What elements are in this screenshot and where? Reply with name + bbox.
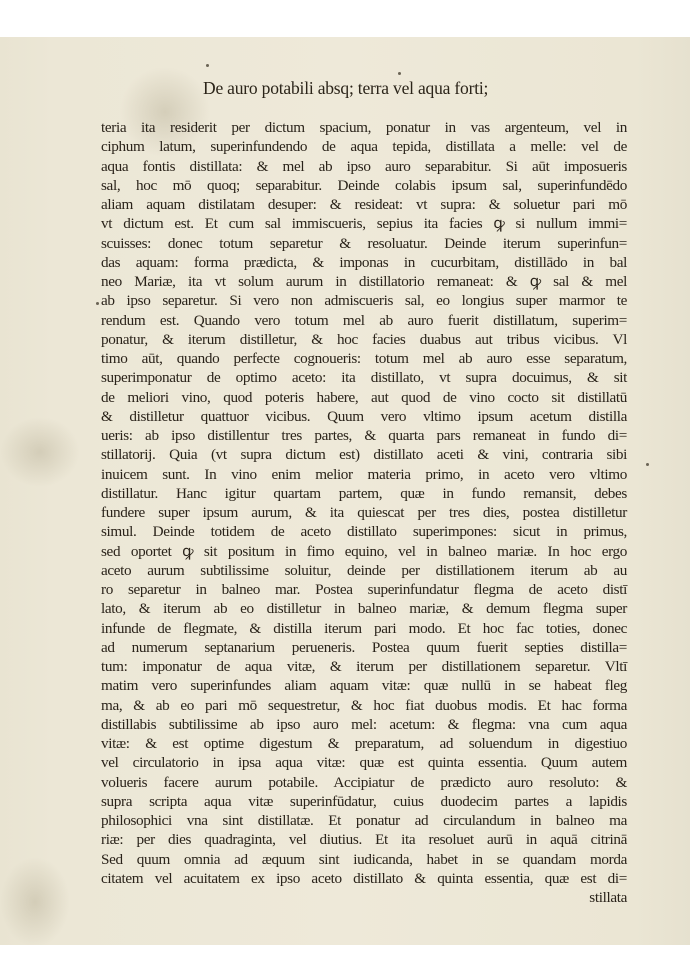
text-line: volueris facere aurum potabile. Accipiat… xyxy=(101,773,627,792)
text-line: ab ipso separetur. Si vero non admiscuer… xyxy=(101,291,627,310)
text-line: rendum est. Quando vero totum mel ab aur… xyxy=(101,311,627,330)
text-line: fundere super ipsum aurum, & ita quiesca… xyxy=(101,503,627,522)
paper-speck xyxy=(96,302,99,305)
text-line: scuisses: donec totum separetur & resolu… xyxy=(101,234,627,253)
text-line: infunde de flegmate, & distilla iterum p… xyxy=(101,619,627,638)
text-line: aqua fontis distillata: & mel ab ipso au… xyxy=(101,157,627,176)
paper-speck xyxy=(398,72,401,75)
text-line: inuicem sunt. In vino enim melior materi… xyxy=(101,465,627,484)
text-line: tum: imponatur de aqua vitæ, & iterum pe… xyxy=(101,657,627,676)
text-line: ueris: ab ipso distillentur tres partes,… xyxy=(101,426,627,445)
text-line: de meliori vino, quod poteris habere, au… xyxy=(101,388,627,407)
paper-stain xyxy=(0,417,80,487)
text-line: teria ita residerit per dictum spacium, … xyxy=(101,118,627,137)
text-line: ma, & ab eo pari mō sequestretur, & hoc … xyxy=(101,696,627,715)
text-line: supra scripta aqua vitæ superinfūdatur, … xyxy=(101,792,627,811)
text-line: neo Mariæ, ita vt solum aurum in distill… xyxy=(101,272,627,291)
text-line: sed oportet ꝙ sit positum in fimo equino… xyxy=(101,542,627,561)
text-line: ciphum latum, superinfundendo de aqua te… xyxy=(101,137,627,156)
text-line: vel circulatorio in ipsa aqua vitæ: quæ … xyxy=(101,753,627,772)
paper-stain xyxy=(0,857,70,947)
text-line: lato, & iterum ab eo distilletur in baln… xyxy=(101,599,627,618)
text-line: vitæ: & est optime digestum & preparatum… xyxy=(101,734,627,753)
scan-margin xyxy=(0,945,690,976)
text-line: philosophici vna sint distillatæ. Et pon… xyxy=(101,811,627,830)
text-line: sal, hoc mō quoq; separabitur. Deinde co… xyxy=(101,176,627,195)
text-line: stillatorij. Quia (vt supra dictum est) … xyxy=(101,445,627,464)
text-line: riæ: per dies quadraginta, vel diutius. … xyxy=(101,830,627,849)
text-line: aceto aurum subtilissime soluitur, deind… xyxy=(101,561,627,580)
text-line: ro separetur in balneo mar. Postea super… xyxy=(101,580,627,599)
text-line: ponatur, & iterum distilletur, & hoc fac… xyxy=(101,330,627,349)
text-line: citatem vel acuitatem ex ipso aceto dist… xyxy=(101,869,627,888)
paper-speck xyxy=(646,463,649,466)
text-line: matim vero superinfundes aliam aquam vit… xyxy=(101,676,627,695)
text-line: vt dictum est. Et cum sal immiscueris, s… xyxy=(101,214,627,233)
text-line: distillatur. Hanc igitur quartam partem,… xyxy=(101,484,627,503)
text-line: timo aūt, quando perfecte cognoueris: to… xyxy=(101,349,627,368)
page-heading: De auro potabili absq; terra vel aqua fo… xyxy=(203,78,563,99)
text-line: ad numerum septanarium perueneris. Poste… xyxy=(101,638,627,657)
text-line: das aquam: forma prædicta, & imponas in … xyxy=(101,253,627,272)
text-line: superimponatur de optimo aceto: ita dist… xyxy=(101,368,627,387)
text-line: simul. Deinde totidem de aceto distillat… xyxy=(101,522,627,541)
text-line: & distilletur quattuor vicibus. Quum ver… xyxy=(101,407,627,426)
paper-speck xyxy=(206,64,209,67)
text-line: distillabis subtilissime ab ipso auro me… xyxy=(101,715,627,734)
body-text: teria ita residerit per dictum spacium, … xyxy=(101,118,627,907)
catchword: stillata xyxy=(101,888,627,907)
text-line: Sed quum omnia ad æquum sint iudicanda, … xyxy=(101,850,627,869)
text-line: aliam aquam distilatam desuper: & reside… xyxy=(101,195,627,214)
